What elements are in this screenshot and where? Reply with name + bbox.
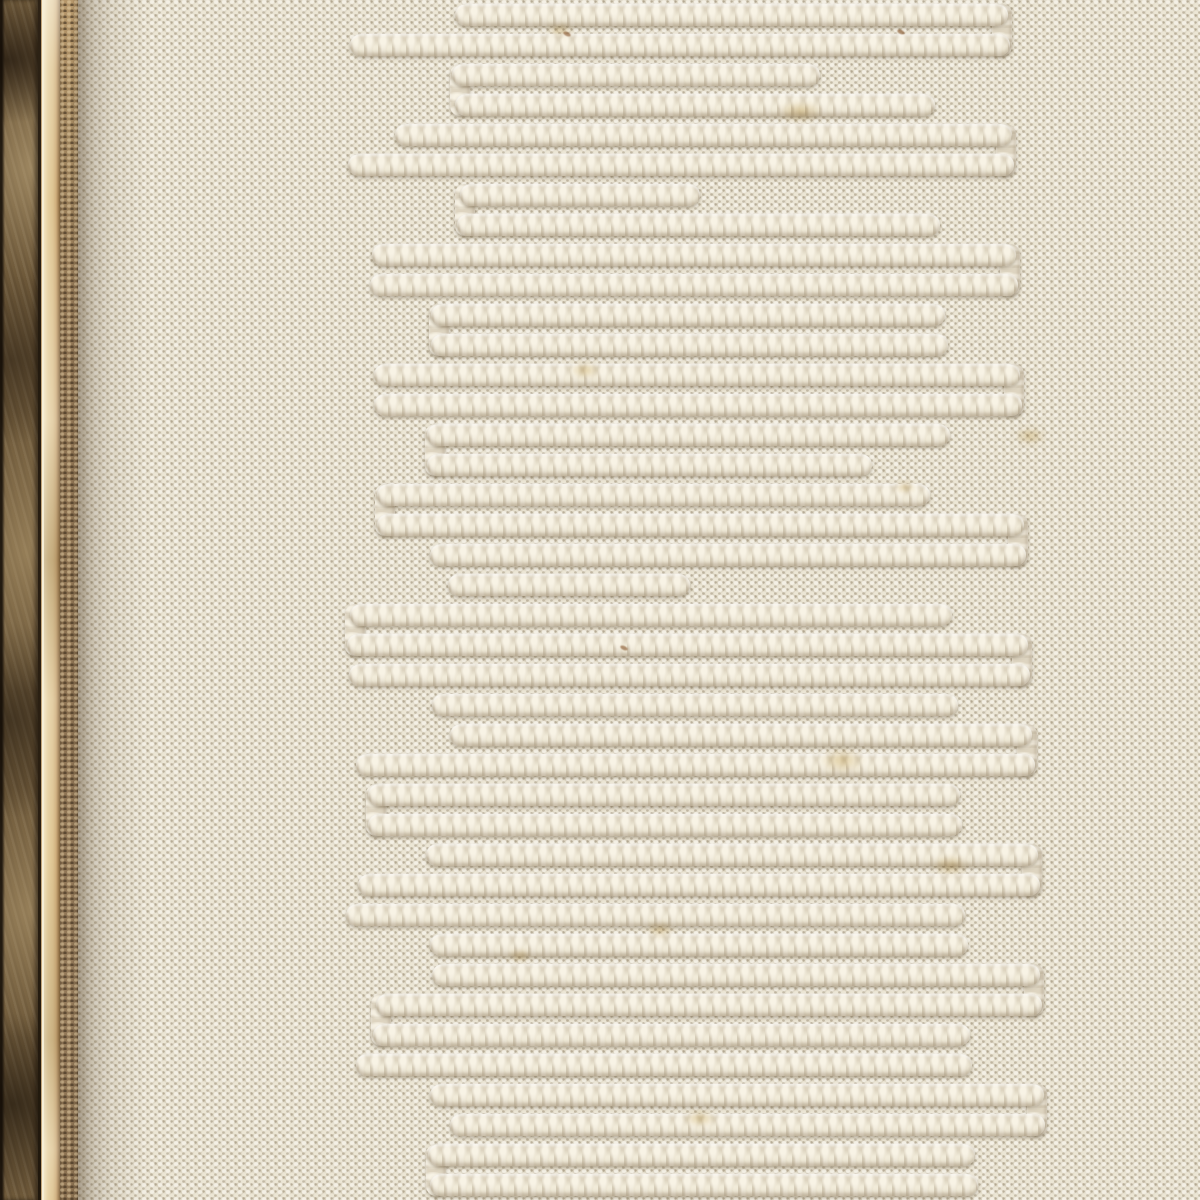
stitch-row [374, 394, 1022, 416]
stitch-row [350, 34, 1010, 56]
stitch-row [426, 844, 1038, 866]
stitch-row [372, 244, 1016, 266]
stitch-row [348, 154, 1014, 176]
stitch-row [350, 604, 952, 626]
stitch-row [377, 484, 930, 506]
woven-linen-fabric [78, 0, 1200, 1200]
stitch-row [376, 994, 1042, 1016]
stitch-row [377, 514, 1024, 536]
stitch-row [432, 694, 958, 716]
stitch-row [452, 64, 820, 86]
stitch-row [431, 334, 948, 356]
stitch-row [374, 364, 1020, 386]
stitch-row [427, 454, 872, 476]
stitch-row [368, 814, 962, 836]
stitch-row [358, 874, 1040, 896]
stitch-row [356, 754, 1035, 776]
boucle-stitch-pattern [78, 0, 1200, 1200]
canvas-edge-strip [60, 0, 78, 1200]
gold-fillet [44, 0, 60, 1200]
bronze-frame-molding [0, 0, 38, 1200]
stitch-row [430, 544, 1026, 566]
stitch-row [450, 724, 1032, 746]
stitch-row [427, 424, 950, 446]
stitch-row [370, 274, 1018, 296]
framed-textile-artwork-photo [0, 0, 1200, 1200]
stitch-row [430, 1084, 1044, 1106]
frame-rabbet-shadow [38, 0, 41, 1200]
stitch-row [346, 904, 965, 926]
stitch-row [349, 664, 1030, 686]
stitch-row [430, 934, 968, 956]
stitch-row [347, 634, 1028, 656]
stitch-row [450, 1114, 1045, 1136]
stitch-row [448, 574, 690, 596]
fillet-highlight-line [41, 0, 44, 1200]
stitch-row [368, 784, 960, 806]
stitch-row [457, 214, 940, 236]
stitch-row [432, 964, 1040, 986]
stitch-row [460, 184, 700, 206]
stitch-row [455, 4, 1008, 26]
stitch-row [356, 1054, 972, 1076]
stitch-row [395, 124, 1012, 146]
stitch-row [455, 94, 935, 116]
stitch-row [373, 1024, 970, 1046]
stitch-row [430, 1174, 978, 1196]
stitch-row [428, 1144, 975, 1166]
stitch-row [431, 304, 945, 326]
